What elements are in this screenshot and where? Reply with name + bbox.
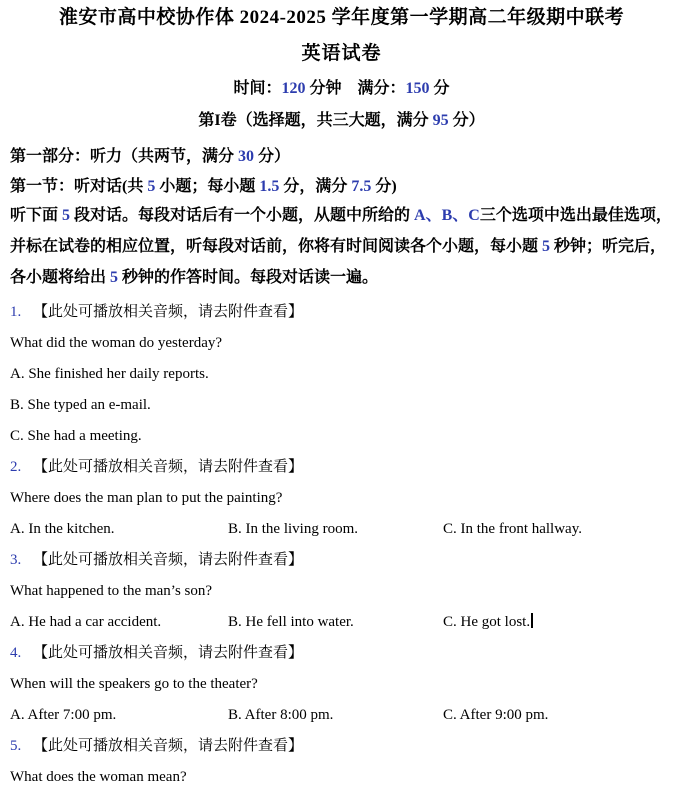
question-2-option-c: C. In the front hallway. bbox=[443, 519, 673, 550]
question-1-number: 1. bbox=[10, 302, 24, 322]
text-run: 小题；每小题 bbox=[155, 178, 259, 195]
question-3-audio-line: 3.【此处可播放相关音频，请去附件查看】 bbox=[10, 550, 673, 581]
audio-placeholder-text: 【此处可播放相关音频，请去附件查看】 bbox=[33, 552, 303, 568]
per-item-score-value: 1.5 bbox=[259, 178, 279, 195]
question-4-option-a: A. After 7:00 pm. bbox=[10, 705, 228, 736]
text-run: 分 bbox=[430, 80, 450, 97]
listening-instructions-line-2: 并标在试卷的相应位置，听每段对话前，你将有时间阅读各个小题，每小题 5 秒钟；听… bbox=[10, 237, 673, 268]
question-4-audio-line: 4.【此处可播放相关音频，请去附件查看】 bbox=[10, 643, 673, 674]
audio-placeholder-text: 【此处可播放相关音频，请去附件查看】 bbox=[33, 738, 303, 754]
question-3-option-c: C. He got lost. bbox=[443, 612, 673, 643]
choice-letters: A、B、C bbox=[414, 207, 480, 224]
text-run: 段对话。每段对话后有一个小题，从题中所给的 bbox=[70, 207, 414, 224]
text-run: 并标在试卷的相应位置，听每段对话前，你将有时间阅读各个小题，每小题 bbox=[10, 238, 542, 255]
listening-instructions-line-1: 听下面 5 段对话。每段对话后有一个小题，从题中所给的 A、B、C三个选项中选出… bbox=[10, 206, 673, 237]
text-run: C. He got lost. bbox=[443, 614, 530, 630]
text-run: 听下面 bbox=[10, 207, 62, 224]
section1-heading: 第一节：听对话(共 5 小题；每小题 1.5 分，满分 7.5 分) bbox=[10, 177, 673, 206]
question-1-audio-line: 1.【此处可播放相关音频，请去附件查看】 bbox=[10, 302, 673, 333]
text-run: 时间： bbox=[233, 80, 281, 97]
question-2-audio-line: 2.【此处可播放相关音频，请去附件查看】 bbox=[10, 457, 673, 488]
audio-placeholder-text: 【此处可播放相关音频，请去附件查看】 bbox=[33, 645, 303, 661]
exam-title: 淮安市高中校协作体 2024-2025 学年度第一学期高二年级期中联考 bbox=[10, 6, 673, 42]
listening-instructions-line-3: 各小题将给出 5 秒钟的作答时间。每段对话读一遍。 bbox=[10, 268, 673, 302]
volume-heading: 第I卷（选择题，共三大题，满分 95 分） bbox=[10, 111, 673, 147]
text-run: 秒钟；听完后， bbox=[550, 238, 666, 255]
question-5-number: 5. bbox=[10, 736, 24, 756]
question-2-option-a: A. In the kitchen. bbox=[10, 519, 228, 550]
question-2-text: Where does the man plan to put the paint… bbox=[10, 488, 673, 519]
answer-time-value: 5 bbox=[110, 269, 118, 286]
time-score-line: 时间：120 分钟 满分：150 分 bbox=[10, 79, 673, 111]
question-4-option-b: B. After 8:00 pm. bbox=[228, 705, 443, 736]
question-3-text: What happened to the man’s son? bbox=[10, 581, 673, 612]
section1-score-value: 7.5 bbox=[351, 178, 371, 195]
duration-value: 120 bbox=[281, 80, 305, 97]
question-3-option-a: A. He had a car accident. bbox=[10, 612, 228, 643]
text-run: 各小题将给出 bbox=[10, 269, 110, 286]
exam-document[interactable]: 淮安市高中校协作体 2024-2025 学年度第一学期高二年级期中联考 英语试卷… bbox=[0, 0, 683, 792]
part1-heading: 第一部分：听力（共两节，满分 30 分） bbox=[10, 147, 673, 177]
dialog-count-value: 5 bbox=[62, 207, 70, 224]
question-2-number: 2. bbox=[10, 457, 24, 477]
question-4-options-row: A. After 7:00 pm. B. After 8:00 pm. C. A… bbox=[10, 705, 673, 736]
text-run: 分） bbox=[254, 148, 290, 165]
text-run: 三个选项中选出最佳选项， bbox=[480, 207, 672, 224]
text-run: 第I卷（选择题，共三大题，满分 bbox=[198, 112, 432, 129]
audio-placeholder-text: 【此处可播放相关音频，请去附件查看】 bbox=[33, 304, 303, 320]
audio-placeholder-text: 【此处可播放相关音频，请去附件查看】 bbox=[33, 459, 303, 475]
question-2-options-row: A. In the kitchen. B. In the living room… bbox=[10, 519, 673, 550]
question-1-option-a: A. She finished her daily reports. bbox=[10, 364, 673, 395]
text-run: 分） bbox=[449, 112, 485, 129]
question-4-number: 4. bbox=[10, 643, 24, 663]
question-1-option-c: C. She had a meeting. bbox=[10, 426, 673, 457]
text-run: 分) bbox=[371, 178, 396, 195]
text-run: 分钟 满分： bbox=[305, 80, 405, 97]
question-3-options-row: A. He had a car accident. B. He fell int… bbox=[10, 612, 673, 643]
text-run: 第一部分：听力（共两节，满分 bbox=[10, 148, 238, 165]
question-1-text: What did the woman do yesterday? bbox=[10, 333, 673, 364]
volume-score-value: 95 bbox=[433, 112, 449, 129]
question-5-text: What does the woman mean? bbox=[10, 767, 673, 792]
text-run: 第一节：听对话(共 bbox=[10, 178, 147, 195]
text-run: 秒钟的作答时间。每段对话读一遍。 bbox=[118, 269, 378, 286]
text-run: 分，满分 bbox=[279, 178, 351, 195]
question-3-number: 3. bbox=[10, 550, 24, 570]
question-1-option-b: B. She typed an e-mail. bbox=[10, 395, 673, 426]
paper-subject-title: 英语试卷 bbox=[10, 42, 673, 79]
question-4-option-c: C. After 9:00 pm. bbox=[443, 705, 673, 736]
question-4-text: When will the speakers go to the theater… bbox=[10, 674, 673, 705]
read-time-value: 5 bbox=[542, 238, 550, 255]
part1-score-value: 30 bbox=[238, 148, 254, 165]
question-3-option-b: B. He fell into water. bbox=[228, 612, 443, 643]
question-2-option-b: B. In the living room. bbox=[228, 519, 443, 550]
full-score-value: 150 bbox=[406, 80, 430, 97]
text-cursor bbox=[531, 613, 533, 628]
question-5-audio-line: 5.【此处可播放相关音频，请去附件查看】 bbox=[10, 736, 673, 767]
